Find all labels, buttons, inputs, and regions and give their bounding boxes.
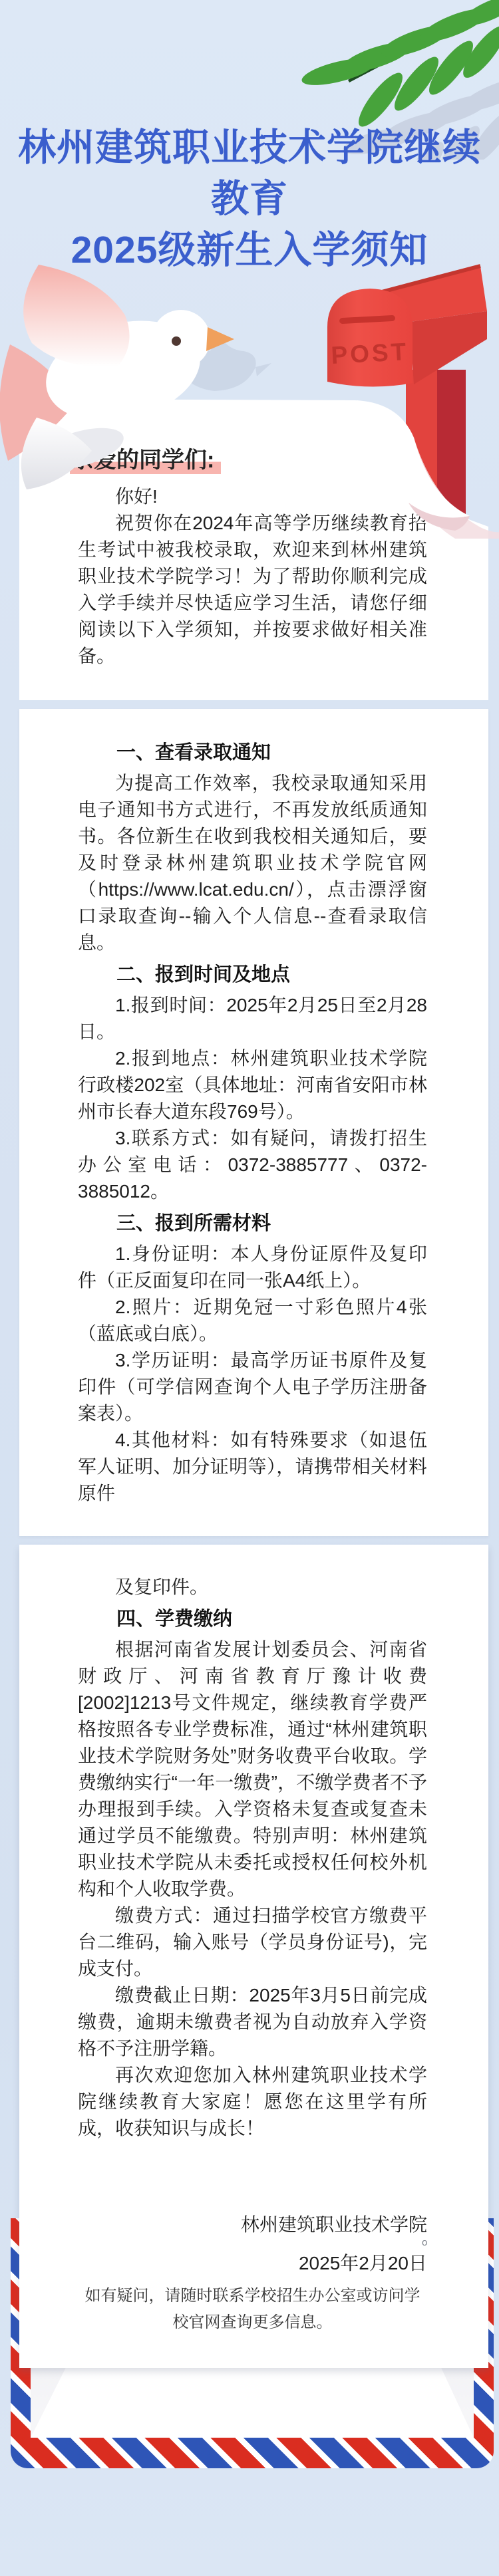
letter-paragraph: 根据河南省发展计划委员会、河南省财政厅、河南省教育厅豫计收费[2002]1213… [78,1636,427,1902]
footer-note: 如有疑问，请随时联系学校招生办公室或访问学校官网查询更多信息。 [78,2283,427,2336]
letter-card-sections-1-3: 一、查看录取通知为提高工作效率，我校录取通知采用电子通知书方式进行，不再发放纸质… [19,709,488,1536]
letter-paragraph: 3.学历证明：最高学历证书原件及复印件（可学信网查询个人电子学历注册备案表）。 [78,1347,427,1427]
letter-paragraph: 祝贺你在2024年高等学历继续教育招生考试中被我校录取，欢迎来到林州建筑职业技术… [78,510,427,670]
letter-paragraph: 1.身份证明：本人身份证原件及复印件（正反面复印在同一张A4纸上）。 [78,1241,427,1294]
letter-paragraph: 你好! [78,483,427,510]
notice-page: { "title": { "line1": "林州建筑职业技术学院继续教育", … [0,0,499,2576]
letter-card-sections-body: 一、查看录取通知为提高工作效率，我校录取通知采用电子通知书方式进行，不再发放纸质… [19,709,488,1536]
letter-paragraph: 4.其他材料：如有特殊要求（如退伍军人证明、加分证明等），请携带相关材料原件 [78,1427,427,1507]
letter-paragraph: 1.报到时间：2025年2月25日至2月28日。 [78,992,427,1045]
signature-block: 林州建筑职业技术学院 2025年2月20日 [78,2206,427,2283]
letter-paragraph: 为提高工作效率，我校录取通知采用电子通知书方式进行，不再发放纸质通知书。各位新生… [78,770,427,956]
mailbox-side [410,311,487,384]
letter-card-intro-body: 你好!祝贺你在2024年高等学历继续教育招生考试中被我校录取，欢迎来到林州建筑职… [19,483,488,700]
signature-org: 林州建筑职业技术学院 [78,2206,427,2244]
letter-paragraph: 缴费截止日期：2025年3月5日前完成缴费，逾期未缴费者视为自动放弃入学资格不予… [78,1982,427,2062]
letter-paragraph: 再次欢迎您加入林州建筑职业技术学院继续教育大家庭！愿您在这里学有所成，收获知识与… [78,2062,427,2142]
section-heading: 一、查看录取通知 [78,734,427,770]
letter-paragraph: 3.联系方式：如有疑问，请拨打招生办公室电话：0372-3885777、0372… [78,1125,427,1205]
section-heading: 四、学费缴纳 [78,1601,427,1636]
letter-paragraph: 2.照片：近期免冠一寸彩色照片4张（蓝底或白底）。 [78,1294,427,1347]
page-title-line2: 2025级新生入学须知 [0,225,499,276]
letter-card-section-4: 及复印件。四、学费缴纳根据河南省发展计划委员会、河南省财政厅、河南省教育厅豫计收… [19,1545,488,2368]
page-title-line1: 林州建筑职业技术学院继续教育 [0,122,499,225]
page-title: 林州建筑职业技术学院继续教育 2025级新生入学须知 [0,122,499,276]
signature-date: 2025年2月20日 [78,2244,427,2283]
gray-dove-silhouette [178,332,271,391]
dove-head [152,310,210,368]
envelope-mark: o [422,2237,427,2248]
section-heading: 二、报到时间及地点 [78,956,427,992]
dove-upper-wing [23,265,129,366]
section-heading: 三、报到所需材料 [78,1205,427,1241]
letter-paragraph: 2.报到地点：林州建筑职业技术学院行政楼202室（具体地址：河南省安阳市林州市长… [78,1045,427,1125]
dove-beak [206,327,234,351]
letter-paragraph: 缴费方式：通过扫描学校官方缴费平台二维码，输入账号（学员身份证号)，完成支付。 [78,1902,427,1982]
letter-card-intro: 亲爱的同学们: 你好!祝贺你在2024年高等学历继续教育招生考试中被我校录取，欢… [19,399,488,700]
dove-eye [172,336,181,346]
letter-paragraph: 及复印件。 [78,1574,427,1601]
post-label: POST [331,338,410,369]
letter-card-section4-body: 及复印件。四、学费缴纳根据河南省发展计划委员会、河南省财政厅、河南省教育厅豫计收… [19,1545,488,2368]
letter: 亲爱的同学们: 你好!祝贺你在2024年高等学历继续教育招生考试中被我校录取，欢… [19,399,488,2368]
salutation: 亲爱的同学们: [70,442,488,474]
